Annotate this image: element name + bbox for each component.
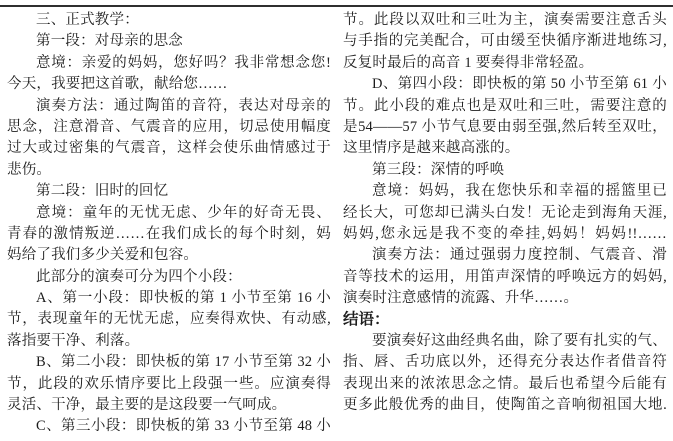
- text-line: A、第一小段：即快板的第 1 小节至第 16 小: [7, 288, 331, 309]
- text-line: 妈妈,您永远是我不变的牵挂,妈妈！妈妈!!……: [343, 224, 667, 245]
- text-line: 反复时最后的高音 1 要奏得非常轻盈。: [343, 53, 667, 74]
- text-line: 演奏时注意感情的流露、升华……。: [343, 288, 667, 309]
- text-line: 悲伤。: [7, 160, 331, 181]
- text-line: D、第四小段：即快板的第 50 小节至第 61 小: [343, 74, 667, 95]
- text-line: 经长大，可您却已满头白发！无论走到海角天涯,: [343, 203, 667, 224]
- text-line: 第三段：深情的呼唤: [343, 160, 667, 181]
- text-line: 这里情序是越来越高涨的。: [343, 138, 667, 159]
- text-line: 落指要干净、利落。: [7, 331, 331, 352]
- text-line: 第二段：旧时的回忆: [7, 181, 331, 202]
- right-text-column: 节。此段以双吐和三吐为主，演奏需要注意舌头与手指的完美配合，可由缓至快循序渐进地…: [343, 10, 667, 438]
- text-line: 表现出来的浓浓思念之情。最后也希望今后能有: [343, 374, 667, 395]
- text-line: C、第三小段：即快板的第 33 小节至第 48 小: [7, 416, 331, 437]
- text-line: 灵活、干净，最主要的是这段要一气呵成。: [7, 395, 331, 416]
- text-line: 节，表现童年的无忧无虑，应奏得欢快、有动感,: [7, 309, 331, 330]
- text-line: 今天，我要把这首歌，献给您……: [7, 74, 331, 95]
- text-line: 指、唇、舌功底以外，还得充分表达作者借音符: [343, 352, 667, 373]
- text-line: 演奏方法：通过陶笛的音符，表达对母亲的: [7, 96, 331, 117]
- text-line: B、第二小段：即快板的第 17 小节至第 32 小: [7, 352, 331, 373]
- top-border-rule: [0, 5, 673, 7]
- two-column-text-area: 三、正式教学：第一段：对母亲的思念意境：亲爱的妈妈，您好吗？我非常想念您!今天，…: [7, 10, 667, 438]
- text-line: 思念，注意滑音、气震音的应用，切忌使用幅度: [7, 117, 331, 138]
- section-heading: 结语：: [343, 309, 667, 330]
- document-page: 三、正式教学：第一段：对母亲的思念意境：亲爱的妈妈，您好吗？我非常想念您!今天，…: [0, 0, 673, 441]
- text-line: 是54——57 小节气息要由弱至强,然后转至双吐，: [343, 117, 667, 138]
- text-line: 节。此段以双吐和三吐为主，演奏需要注意舌头: [343, 10, 667, 31]
- text-line: 要演奏好这曲经典名曲，除了要有扎实的气、: [343, 331, 667, 352]
- text-line: 演奏方法：通过强弱力度控制、气震音、滑: [343, 245, 667, 266]
- text-line: 节。此小段的难点也是双吐和三吐，需要注意的: [343, 96, 667, 117]
- text-line: 第一段：对母亲的思念: [7, 31, 331, 52]
- text-line: 此部分的演奏可分为四个小段：: [7, 267, 331, 288]
- text-line: 妈给了我们多少关爱和包容。: [7, 245, 331, 266]
- text-line: 过大或过密集的气震音，这样会使乐曲情感过于: [7, 138, 331, 159]
- text-line: 更多此般优秀的曲目，使陶笛之音响彻祖国大地.: [343, 395, 667, 416]
- left-text-column: 三、正式教学：第一段：对母亲的思念意境：亲爱的妈妈，您好吗？我非常想念您!今天，…: [7, 10, 331, 438]
- text-line: 音等技术的运用，用笛声深情的呼唤远方的妈妈,: [343, 267, 667, 288]
- text-line: 意境：童年的无忧无虑、少年的好奇无畏、: [7, 203, 331, 224]
- text-line: 意境：亲爱的妈妈，您好吗？我非常想念您!: [7, 53, 331, 74]
- text-line: 意境：妈妈，我在您快乐和幸福的摇篮里已: [343, 181, 667, 202]
- text-line: 青春的激情叛逆……在我们成长的每个时刻，妈: [7, 224, 331, 245]
- text-line: 与手指的完美配合，可由缓至快循序渐进地练习,: [343, 31, 667, 52]
- text-line: 节，此段的欢乐情序要比上段强一些。应演奏得: [7, 374, 331, 395]
- text-line: 三、正式教学：: [7, 10, 331, 31]
